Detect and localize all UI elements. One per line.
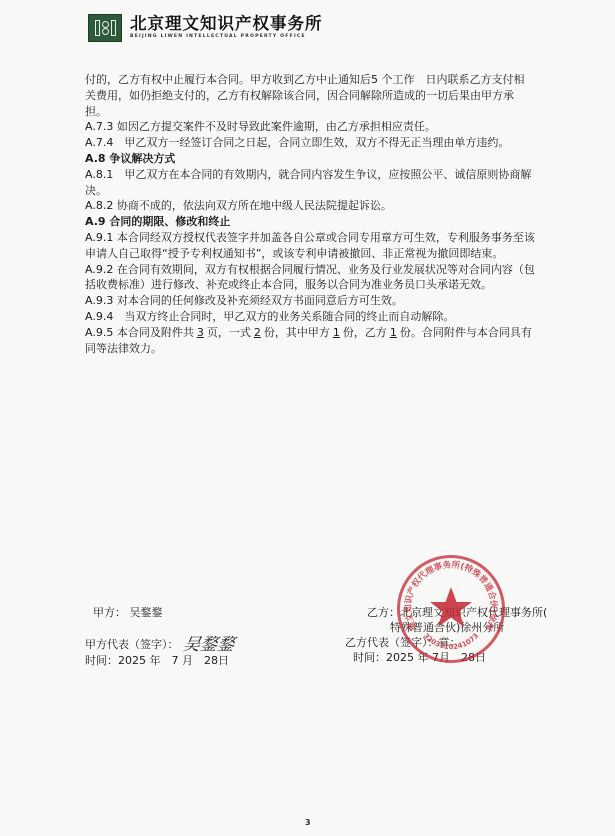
clause-a73: A.7.3 如因乙方提交案件不及时导致此案件逾期，由乙方承担相应责任。 bbox=[85, 119, 535, 135]
party-a-copies: 1 bbox=[330, 326, 343, 339]
party-b-name-line2: 特殊普通合伙)徐州分所 bbox=[390, 620, 555, 635]
clause-a74: A.7.4 甲乙双方一经签订合同之日起，合同立即生效，双方不得无正当理由单方违约… bbox=[85, 135, 535, 151]
page-number: 3 bbox=[305, 818, 311, 827]
party-a-label: 甲方： bbox=[93, 606, 126, 619]
party-a-rep-label: 甲方代表（签字）： bbox=[85, 638, 179, 651]
org-name-en: BEIJING LIWEN INTELLECTUAL PROPERTY OFFI… bbox=[130, 33, 323, 41]
clause-a95: A.9.5 本合同及附件共3页，一式2份，其中甲方1份，乙方1份。合同附件与本合… bbox=[85, 325, 535, 357]
clause-a91: A.9.1 本合同经双方授权代表签字并加盖各自公章或合同专用章方可生效，专利服务… bbox=[85, 230, 535, 262]
clause-a81: A.8.1 甲乙双方在本合同的有效期内，就合同内容发生争议，应按照公平、诚信原则… bbox=[85, 167, 535, 199]
party-b-date: 2025 年 7月 28日 bbox=[386, 651, 486, 664]
org-name-cn: 北京理文知识产权事务所 bbox=[130, 15, 323, 33]
letterhead: 北京理文知识产权事务所 BEIJING LIWEN INTELLECTUAL P… bbox=[88, 14, 323, 42]
party-b-name-line1: 乙方：北京理文知识产权代理事务所( bbox=[367, 605, 555, 620]
party-b-rep-label: 乙方代表（签字）： bbox=[345, 636, 439, 649]
document-page: 北京理文知识产权事务所 BEIJING LIWEN INTELLECTUAL P… bbox=[0, 0, 615, 836]
party-b-copies: 1 bbox=[387, 326, 400, 339]
clause-a93: A.9.3 对本合同的任何修改及补充须经双方书面同意后方可生效。 bbox=[85, 293, 535, 309]
party-a-signature-block: 甲方： 吴鍪鍪 甲方代表（签字）：吴鍪鍪 时间：2025 年 7 月 28日 bbox=[85, 605, 234, 668]
copies-count: 2 bbox=[251, 326, 264, 339]
party-b-signature-block: 乙方：北京理文知识产权代理事务所( 特殊普通合伙)徐州分所 乙方代表（签字）：章… bbox=[345, 605, 555, 665]
clause-a94: A.9.4 当双方终止合同时，甲乙双方的业务关系随合同的终止而自动解除。 bbox=[85, 309, 535, 325]
section-heading-a9: A.9 合同的期限、修改和终止 bbox=[85, 214, 535, 230]
pages-count: 3 bbox=[194, 326, 207, 339]
party-a-date-label: 时间： bbox=[85, 654, 118, 667]
clause-a82: A.8.2 协商不成的，依法向双方所在地中级人民法院提起诉讼。 bbox=[85, 198, 535, 214]
clause-a92: A.9.2 在合同有效期间，双方有权根据合同履行情况、业务及行业发展状况等对合同… bbox=[85, 262, 535, 294]
party-a-date: 2025 年 7 月 28日 bbox=[118, 654, 229, 667]
party-b-date-label: 时间： bbox=[353, 651, 386, 664]
party-a-name: 吴鍪鍪 bbox=[130, 606, 163, 619]
clause-text: 付的，乙方有权中止履行本合同。甲方收到乙方中止通知后5 个工作 日内联系乙方支付… bbox=[85, 72, 535, 119]
clause-a95-text: 份，其中甲方 bbox=[264, 326, 330, 339]
liwen-logo-icon bbox=[88, 14, 122, 42]
contract-clauses: 付的，乙方有权中止履行本合同。甲方收到乙方中止通知后5 个工作 日内联系乙方支付… bbox=[85, 72, 535, 356]
clause-a95-text: 页，一式 bbox=[207, 326, 251, 339]
section-heading-a8: A.8 争议解决方式 bbox=[85, 151, 535, 167]
clause-a95-prefix: A.9.5 本合同及附件共 bbox=[85, 326, 194, 339]
clause-a95-text: 份，乙方 bbox=[343, 326, 387, 339]
party-a-signature: 吴鍪鍪 bbox=[181, 638, 235, 653]
party-b-seal-label: 章： bbox=[439, 636, 461, 649]
